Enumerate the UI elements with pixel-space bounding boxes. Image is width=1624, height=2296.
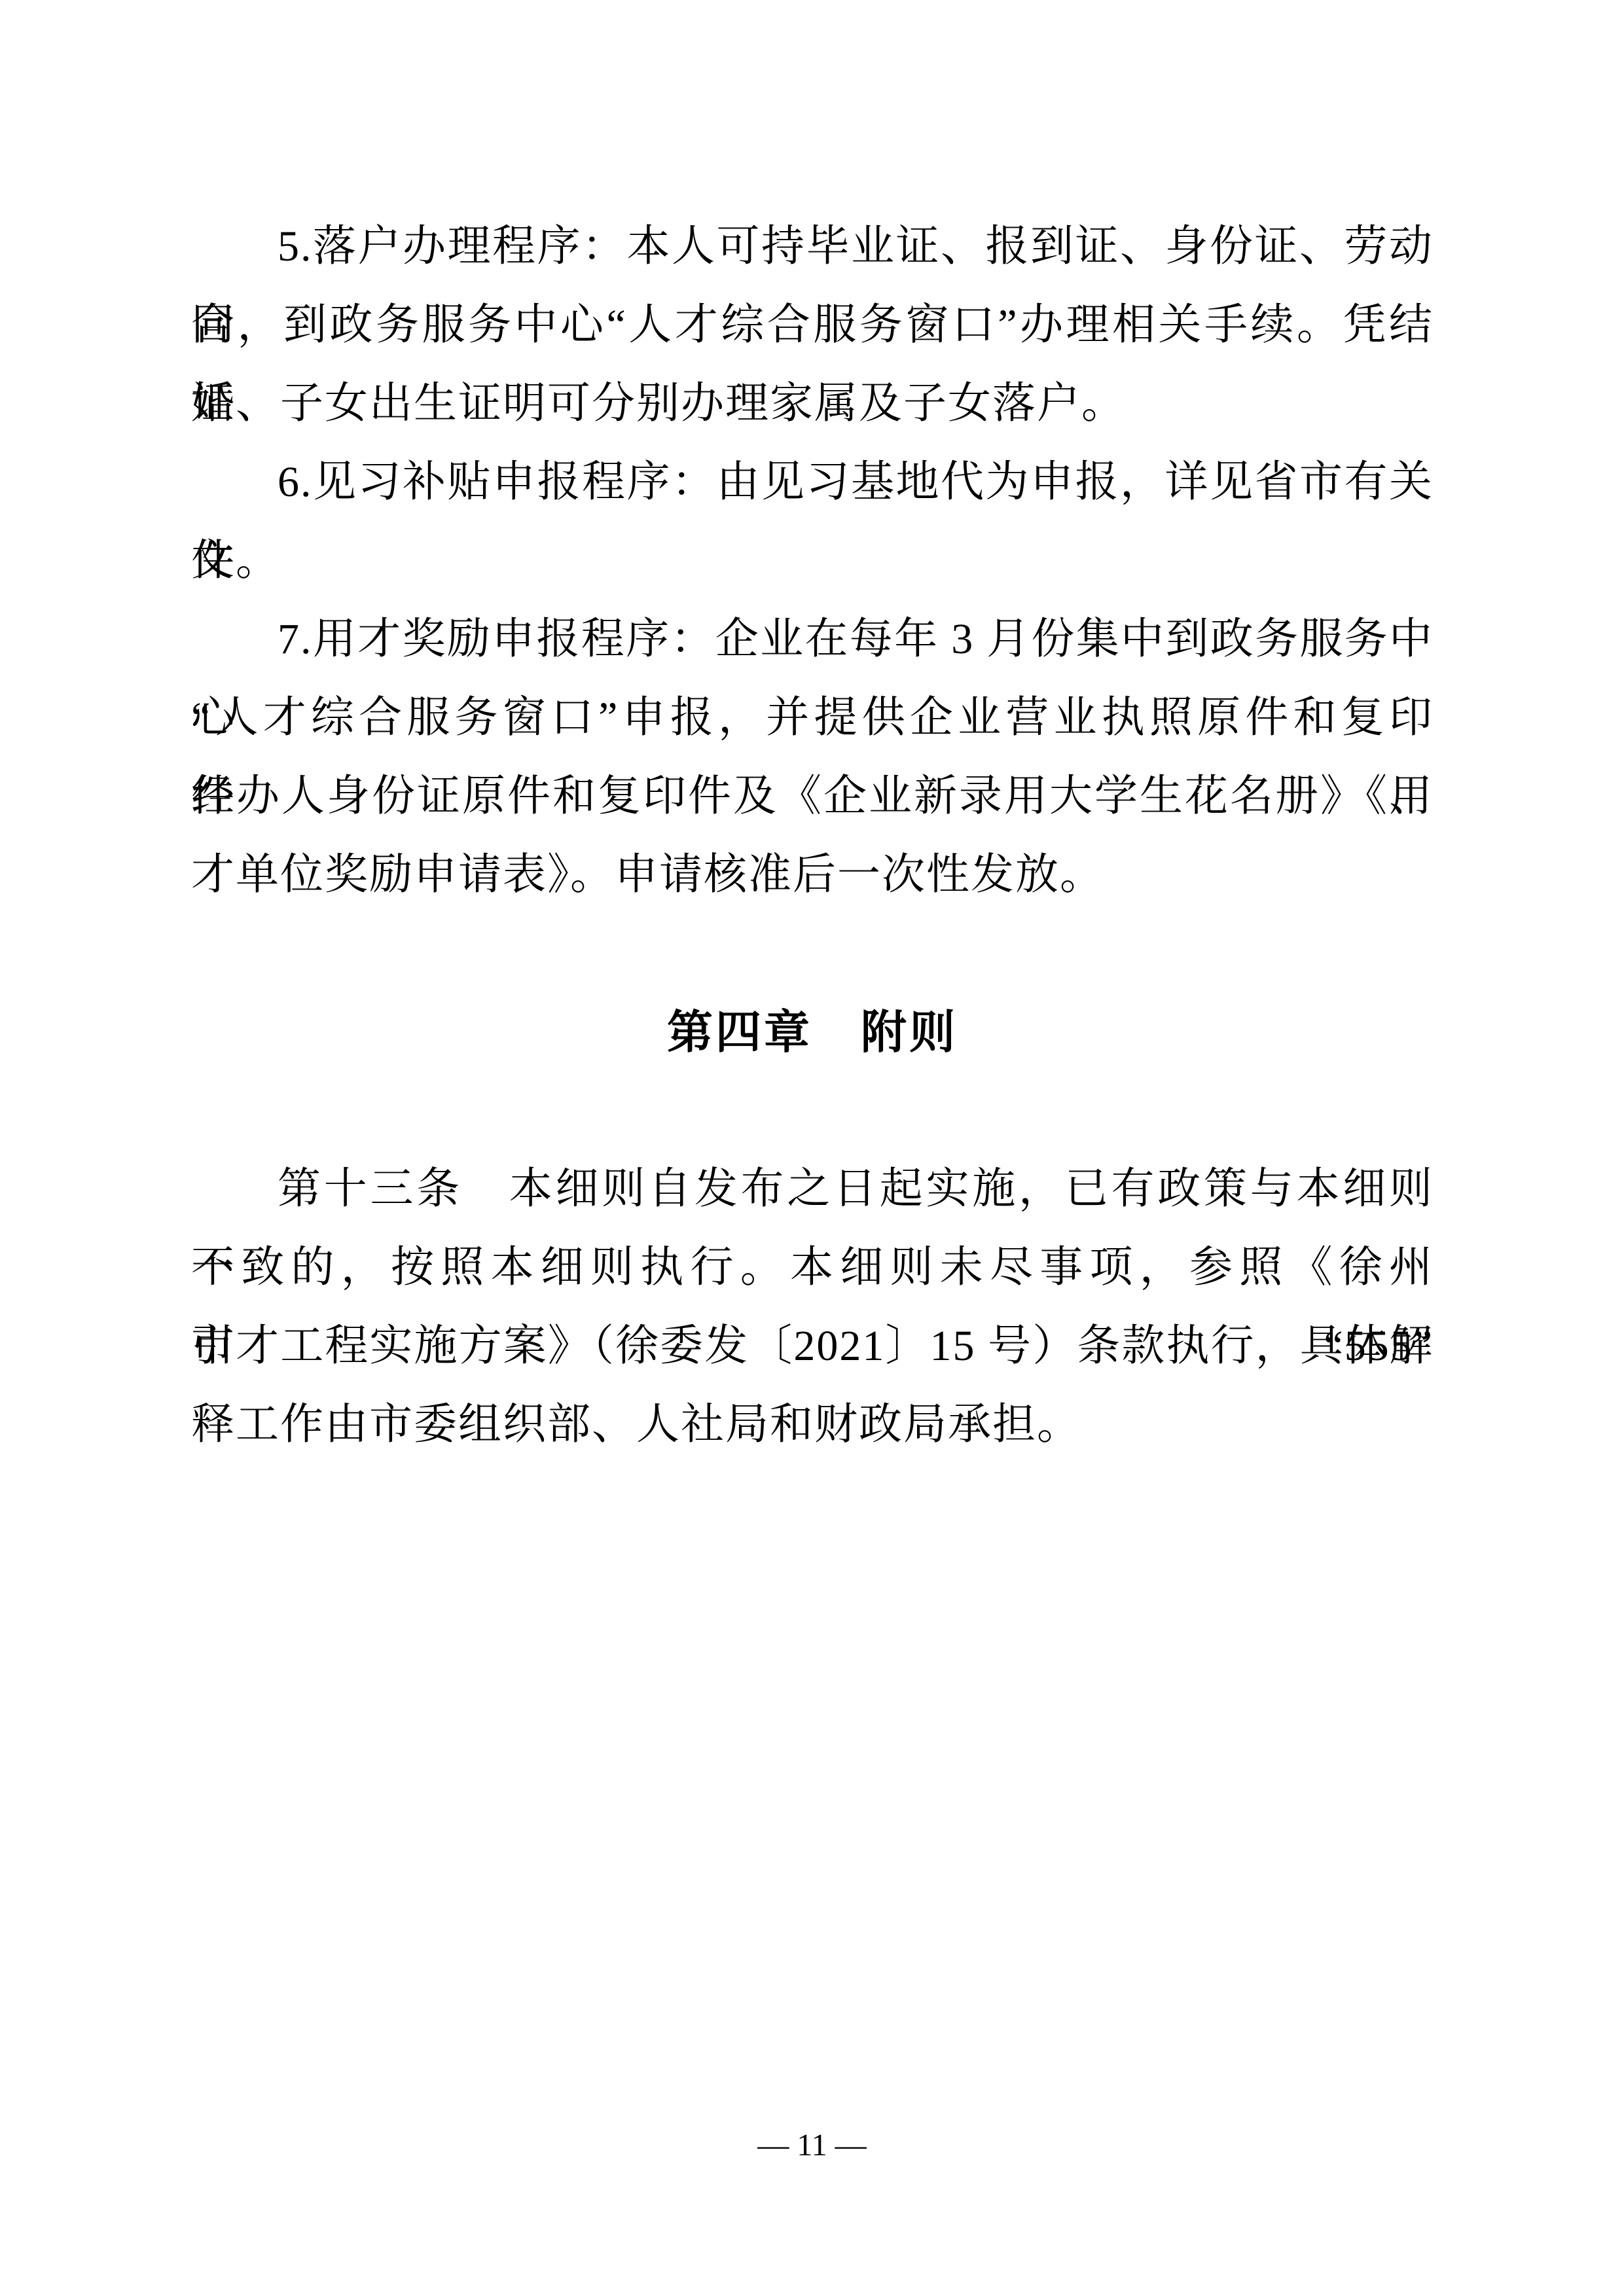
body-text-line: 同，到政务服务中心“人才综合服务窗口”办理相关手续。凭结婚 (191, 286, 1434, 365)
body-text-line: 件。 (191, 522, 1434, 600)
document-page: 5.落户办理程序：本人可持毕业证、报到证、身份证、劳动合 同，到政务服务中心“人… (0, 0, 1624, 2296)
body-text-line: 7.用才奖励申报程序：企业在每年 3 月份集中到政务服务中心 (191, 600, 1434, 679)
body-text-line: 经办人身份证原件和复印件及《企业新录用大学生花名册》《用 (191, 757, 1434, 836)
body-text-line: 引才工程实施方案》（徐委发〔2021〕15 号）条款执行，具体解 (191, 1307, 1434, 1386)
body-text-line: 证、子女出生证明可分别办理家属及子女落户。 (191, 365, 1434, 443)
body-text-line: 释工作由市委组织部、人社局和财政局承担。 (191, 1386, 1434, 1464)
page-number: — 11 — (0, 2126, 1624, 2165)
body-text-line: 5.落户办理程序：本人可持毕业证、报到证、身份证、劳动合 (191, 207, 1434, 286)
body-text-line: “人才综合服务窗口”申报，并提供企业营业执照原件和复印件、 (191, 679, 1434, 757)
body-text-line: 才单位奖励申请表》。申请核准后一次性发放。 (191, 836, 1434, 914)
body-text-line: 第十三条 本细则自发布之日起实施，已有政策与本细则不 (191, 1150, 1434, 1229)
body-text-line: 一致的，按照本细则执行。本细则未尽事项，参照《徐州市“555” (191, 1229, 1434, 1307)
blank-line (191, 914, 1434, 993)
document-body: 5.落户办理程序：本人可持毕业证、报到证、身份证、劳动合 同，到政务服务中心“人… (191, 207, 1434, 1464)
chapter-heading: 第四章 附则 (191, 993, 1434, 1071)
blank-line (191, 1071, 1434, 1150)
body-text-line: 6.见习补贴申报程序：由见习基地代为申报，详见省市有关文 (191, 443, 1434, 522)
